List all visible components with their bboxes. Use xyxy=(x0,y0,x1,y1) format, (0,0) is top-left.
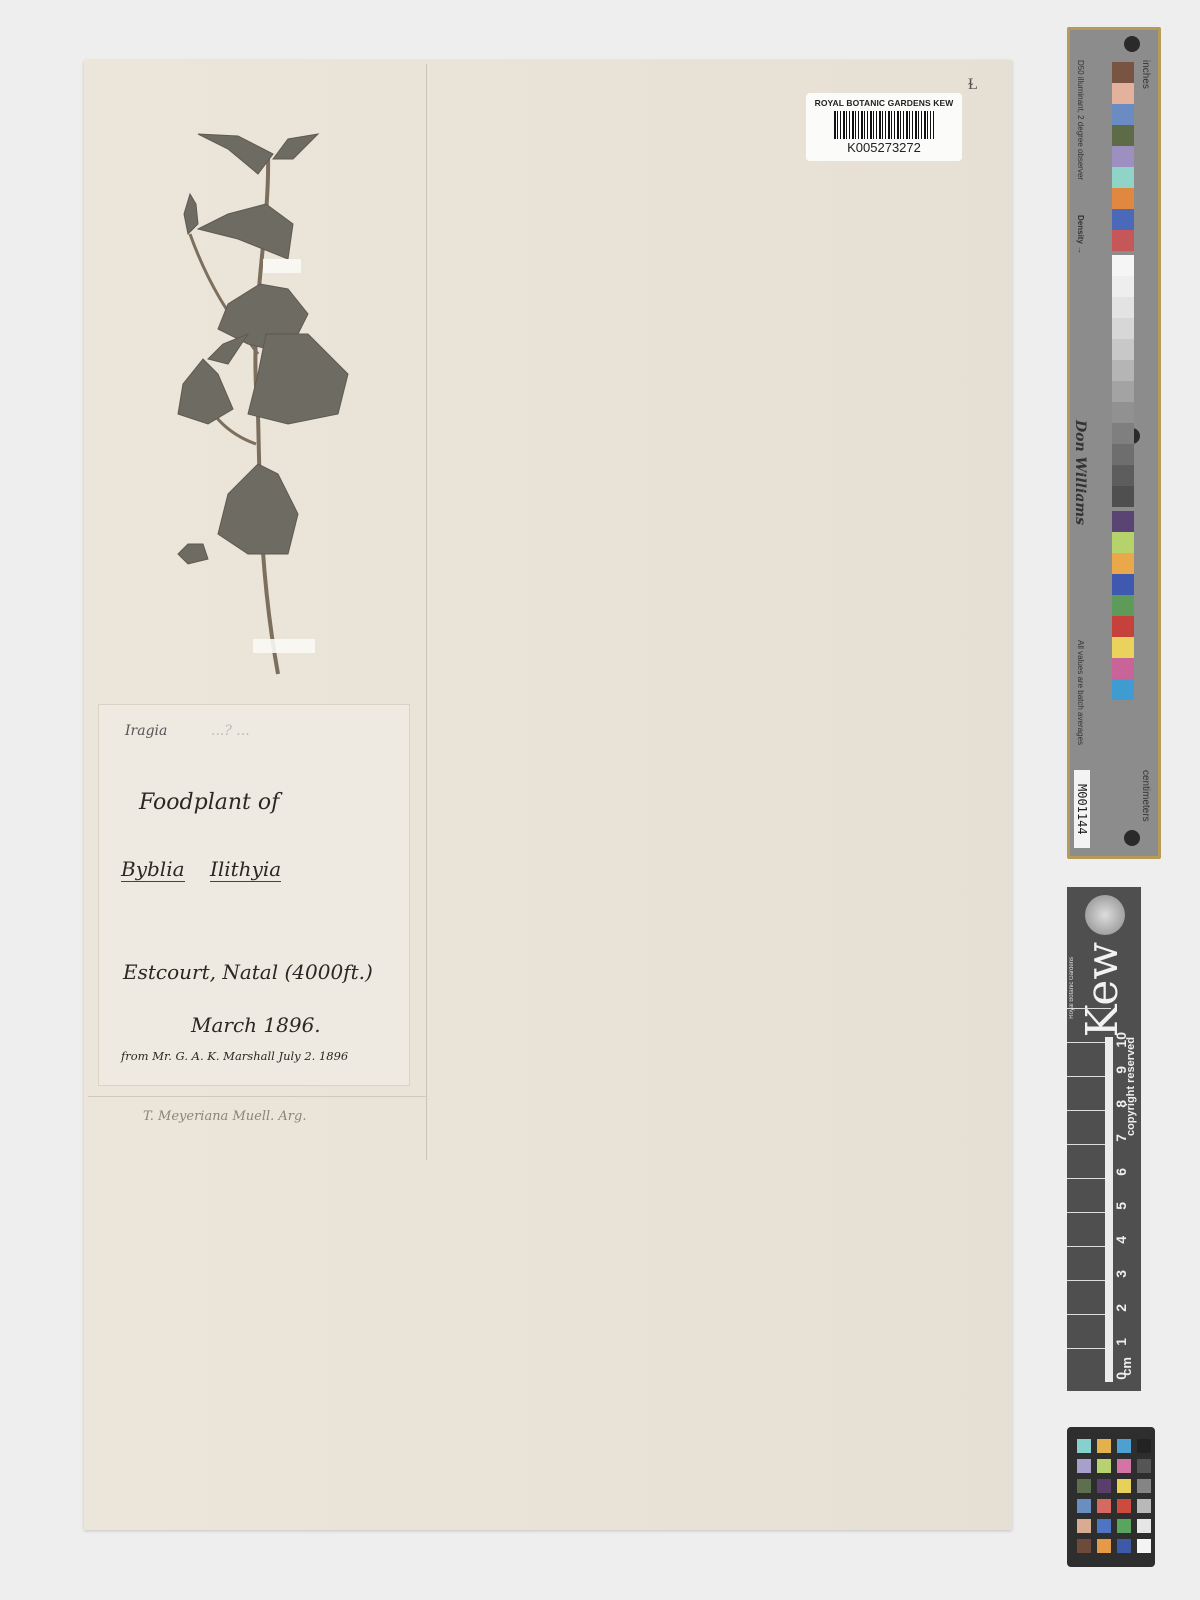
institution-name: ROYAL BOTANIC GARDENS KEW xyxy=(806,98,962,108)
color-swatch xyxy=(1137,1519,1151,1533)
color-swatch xyxy=(1137,1439,1151,1453)
color-swatch xyxy=(1097,1499,1111,1513)
color-swatch xyxy=(1117,1439,1131,1453)
color-patch xyxy=(1112,276,1134,297)
kew-crest-icon xyxy=(1085,895,1125,935)
color-patch xyxy=(1112,532,1134,553)
color-patch xyxy=(1112,465,1134,486)
color-swatch xyxy=(1077,1479,1091,1493)
barcode-label: ROYAL BOTANIC GARDENS KEW K005273272 xyxy=(806,93,962,161)
label-foodplant: Foodplant of xyxy=(139,790,279,815)
color-calibration-ruler: D50 illuminant, 2 degree observer Densit… xyxy=(1067,27,1161,859)
color-patch xyxy=(1112,167,1134,188)
color-swatch xyxy=(1137,1479,1151,1493)
scale-tick-label: 9 xyxy=(1113,1066,1129,1074)
color-swatch xyxy=(1117,1479,1131,1493)
label-genus-faded: ...? ... xyxy=(211,723,250,739)
herbarium-sheet: Iragia ...? ... Foodplant of Byblia Ilit… xyxy=(84,60,1012,1530)
color-patch xyxy=(1112,146,1134,167)
determination-slip: T. Meyeriana Muell. Arg. xyxy=(143,1109,306,1124)
corner-mark: Ɫ xyxy=(968,74,978,94)
color-patch xyxy=(1112,318,1134,339)
ruler-hole-icon xyxy=(1124,36,1140,52)
color-swatch xyxy=(1077,1439,1091,1453)
color-swatch xyxy=(1117,1519,1131,1533)
color-swatch xyxy=(1097,1519,1111,1533)
label-locality: Estcourt, Natal (4000ft.) xyxy=(123,960,373,984)
color-swatch xyxy=(1117,1539,1131,1553)
tape-strip xyxy=(263,259,301,273)
color-patch xyxy=(1112,595,1134,616)
ruler-brand: Don Williams xyxy=(1072,420,1088,525)
color-patch xyxy=(1112,255,1134,276)
color-swatch xyxy=(1097,1479,1111,1493)
ruler-density-label: Density → xyxy=(1076,215,1085,254)
color-patch xyxy=(1112,423,1134,444)
scale-tick-label: 8 xyxy=(1113,1100,1129,1108)
label-date: March 1896. xyxy=(191,1013,321,1037)
color-patch xyxy=(1112,444,1134,465)
color-patch xyxy=(1112,83,1134,104)
color-patch xyxy=(1112,679,1134,700)
color-patch xyxy=(1112,360,1134,381)
ruler-units-top: inches xyxy=(1140,60,1151,89)
specimen-panel: Iragia ...? ... Foodplant of Byblia Ilit… xyxy=(88,64,427,1160)
label-genus: Iragia xyxy=(125,723,167,739)
color-swatch xyxy=(1077,1519,1091,1533)
color-patch xyxy=(1112,188,1134,209)
scale-strip xyxy=(1105,1037,1113,1382)
color-patch xyxy=(1112,104,1134,125)
scale-tick-label: 1 xyxy=(1113,1338,1129,1346)
scale-tick-label: 2 xyxy=(1113,1304,1129,1312)
color-patch xyxy=(1112,637,1134,658)
scale-tick-label: 0 xyxy=(1113,1372,1129,1380)
color-patch xyxy=(1112,339,1134,360)
ruler-note: All values are batch averages xyxy=(1076,640,1085,745)
scale-tick-label: 3 xyxy=(1113,1270,1129,1278)
scale-tick-label: 5 xyxy=(1113,1202,1129,1210)
plant-specimen xyxy=(148,114,388,684)
color-patch xyxy=(1112,297,1134,318)
color-swatch xyxy=(1137,1459,1151,1473)
color-swatch xyxy=(1077,1459,1091,1473)
label-butterfly: Byblia Ilithyia xyxy=(121,857,281,881)
color-swatch xyxy=(1077,1499,1091,1513)
color-patch xyxy=(1112,402,1134,423)
color-swatch xyxy=(1097,1539,1111,1553)
color-swatch xyxy=(1137,1499,1151,1513)
color-patch xyxy=(1112,616,1134,637)
color-patch xyxy=(1112,553,1134,574)
color-checker-grid xyxy=(1077,1439,1151,1553)
color-patch xyxy=(1112,486,1134,507)
barcode-number: K005273272 xyxy=(806,140,962,155)
color-checker-card xyxy=(1067,1427,1155,1567)
color-swatch xyxy=(1137,1539,1151,1553)
color-swatch xyxy=(1117,1499,1131,1513)
scale-tick-label: 10 xyxy=(1113,1032,1129,1048)
ruler-color-patches xyxy=(1112,62,1134,700)
color-patch xyxy=(1112,658,1134,679)
color-patch xyxy=(1112,62,1134,83)
ruler-illuminant-text: D50 illuminant, 2 degree observer xyxy=(1076,60,1085,180)
color-patch xyxy=(1112,230,1134,251)
ruler-id-label: M001144 xyxy=(1074,770,1090,848)
collection-label: Iragia ...? ... Foodplant of Byblia Ilit… xyxy=(98,704,410,1086)
barcode-icon xyxy=(834,111,934,139)
color-patch xyxy=(1112,125,1134,146)
color-swatch xyxy=(1117,1459,1131,1473)
copyright-text: copyright reserved xyxy=(1125,1037,1137,1136)
label-source: from Mr. G. A. K. Marshall July 2. 1896 xyxy=(121,1049,348,1063)
color-swatch xyxy=(1097,1459,1111,1473)
color-patch xyxy=(1112,574,1134,595)
tape-strip xyxy=(253,639,315,653)
color-swatch xyxy=(1077,1539,1091,1553)
ruler-hole-icon xyxy=(1124,830,1140,846)
scale-tick-label: 6 xyxy=(1113,1168,1129,1176)
ruler-units-bottom: centimeters xyxy=(1140,770,1151,822)
color-patch xyxy=(1112,511,1134,532)
scale-tick-label: 7 xyxy=(1113,1134,1129,1142)
color-patch xyxy=(1112,381,1134,402)
kew-scale-bar: Kew Royal Botanic Gardens copyright rese… xyxy=(1067,887,1141,1391)
scale-tick-label: 4 xyxy=(1113,1236,1129,1244)
color-swatch xyxy=(1097,1439,1111,1453)
divider xyxy=(88,1096,426,1097)
color-patch xyxy=(1112,209,1134,230)
